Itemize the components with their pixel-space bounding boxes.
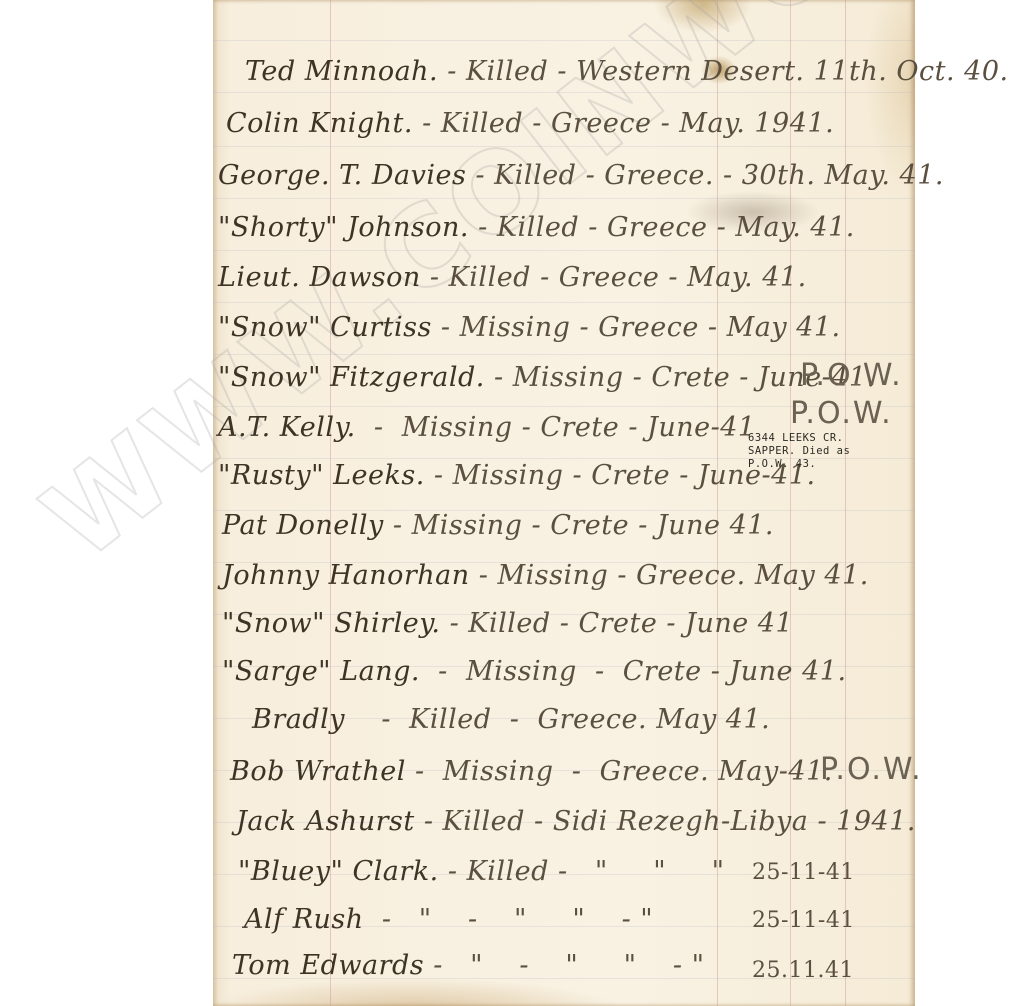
- entry-name: Ted Minnoah.: [245, 56, 438, 87]
- pow-mark: P.O.W.: [820, 752, 923, 787]
- entry-place: Greece: [559, 262, 660, 293]
- entry-date: 30th. May. 41.: [742, 160, 944, 191]
- entry-name: "Bluey" Clark.: [238, 856, 439, 887]
- column-rule: [845, 0, 846, 1006]
- ledger-entry: Colin Knight. - Killed - Greece - May. 1…: [226, 108, 834, 139]
- ledger-entry: Jack Ashurst - Killed - Sidi Rezegh-Liby…: [236, 806, 916, 837]
- ledger-entry: Ted Minnoah. - Killed - Western Desert. …: [245, 56, 1009, 87]
- entry-name: Pat Donelly: [222, 510, 384, 541]
- entry-date: May 41.: [656, 704, 770, 735]
- entry-status: Killed: [466, 56, 548, 87]
- entry-name: "Sarge" Lang.: [222, 656, 420, 687]
- ledger-entry: "Bluey" Clark. - Killed - " " ": [238, 856, 724, 887]
- entry-name: Bob Wrathel: [230, 756, 406, 787]
- entry-place: Greece.: [538, 704, 648, 735]
- entry-place: Crete: [550, 510, 629, 541]
- entry-place: " " - ": [565, 950, 704, 981]
- entry-status: Missing: [466, 656, 577, 687]
- entry-date: May. 1941.: [679, 108, 834, 139]
- entry-date-right: 25.11.41: [752, 958, 854, 983]
- entry-place: Sidi Rezegh-Libya: [553, 806, 809, 837]
- entry-status: Killed: [467, 856, 549, 887]
- entry-name: "Snow" Curtiss: [218, 312, 432, 343]
- entry-date: June-41: [647, 412, 756, 443]
- ruled-line: [213, 92, 915, 93]
- entry-status: Killed: [449, 262, 531, 293]
- entry-date-right: 25-11-41: [752, 860, 855, 885]
- ruled-line: [213, 354, 915, 355]
- entry-date: May. 41.: [687, 262, 807, 293]
- ledger-entry: "Rusty" Leeks. - Missing - Crete - June-…: [218, 460, 816, 491]
- entry-status: Missing: [497, 560, 608, 591]
- margin-annotation: 6344 LEEKS CR. SAPPER. Died as P.O.W. 43…: [748, 432, 850, 471]
- ledger-entry: Tom Edwards - " - " " - ": [232, 950, 705, 981]
- entry-place: Crete: [578, 608, 657, 639]
- entry-status: Missing: [460, 312, 571, 343]
- entry-place: Greece.: [600, 756, 710, 787]
- ledger-entry: "Snow" Shirley. - Killed - Crete - June …: [222, 608, 793, 639]
- ledger-entry: Pat Donelly - Missing - Crete - June 41.: [222, 510, 774, 541]
- ruled-line: [213, 198, 915, 199]
- ruled-line: [213, 40, 915, 41]
- ledger-entry: Bradly - Killed - Greece. May 41.: [252, 704, 770, 735]
- entry-date: May-41.: [718, 756, 833, 787]
- annotation-line: SAPPER. Died as: [748, 445, 850, 458]
- entry-place: Greece: [551, 108, 652, 139]
- entry-place: Greece.: [604, 160, 714, 191]
- entry-status: Missing: [412, 510, 523, 541]
- ruled-line: [213, 302, 915, 303]
- entry-name: "Rusty" Leeks.: [218, 460, 425, 491]
- pow-mark: P.O.W.: [800, 358, 903, 393]
- entry-name: A.T. Kelly.: [218, 412, 356, 443]
- entry-status: Killed: [441, 108, 523, 139]
- entry-place: Greece: [607, 212, 708, 243]
- entry-status: Missing: [443, 756, 554, 787]
- entry-place: Crete: [651, 362, 730, 393]
- entry-date: May 41.: [755, 560, 869, 591]
- entry-place: " " ": [577, 856, 725, 887]
- entry-date: June 41.: [729, 656, 846, 687]
- entry-status: Killed: [497, 212, 579, 243]
- pow-mark: P.O.W.: [790, 396, 893, 431]
- entry-date: June 41.: [657, 510, 774, 541]
- entry-status: Missing: [402, 412, 513, 443]
- entry-name: Jack Ashurst: [236, 806, 415, 837]
- entry-date: 1941.: [836, 806, 916, 837]
- entry-place: Greece.: [636, 560, 746, 591]
- entry-date: 11th. Oct. 40.: [814, 56, 1009, 87]
- ledger-entry: "Sarge" Lang. - Missing - Crete - June 4…: [222, 656, 847, 687]
- entry-name: Tom Edwards: [232, 950, 424, 981]
- entry-status: Killed: [468, 608, 550, 639]
- entry-name: George. T. Davies: [218, 160, 466, 191]
- entry-date: June 41: [685, 608, 793, 639]
- entry-status: Missing: [513, 362, 624, 393]
- ledger-entry: "Shorty" Johnson. - Killed - Greece - Ma…: [218, 212, 855, 243]
- entry-status: Killed: [409, 704, 491, 735]
- entry-name: "Snow" Shirley.: [222, 608, 440, 639]
- ledger-entry: Bob Wrathel - Missing - Greece. May-41.: [230, 756, 833, 787]
- entry-name: Lieut. Dawson: [218, 262, 421, 293]
- ledger-entry: George. T. Davies - Killed - Greece. - 3…: [218, 160, 944, 191]
- annotation-line: P.O.W. 43.: [748, 458, 850, 471]
- entry-status: Missing: [453, 460, 564, 491]
- entry-place: Crete: [591, 460, 670, 491]
- entry-place: Greece: [598, 312, 699, 343]
- column-rule: [790, 0, 791, 1006]
- entry-date: May. 41.: [735, 212, 855, 243]
- ledger-entry: "Snow" Fitzgerald. - Missing - Crete - J…: [218, 362, 876, 393]
- entry-name: "Snow" Fitzgerald.: [218, 362, 485, 393]
- entry-place: Western Desert.: [576, 56, 804, 87]
- entry-name: Johnny Hanorhan: [222, 560, 470, 591]
- entry-name: Alf Rush: [244, 904, 364, 935]
- entry-date: 25.11.41: [752, 958, 854, 983]
- entry-status: Killed: [494, 160, 576, 191]
- annotation-line: 6344 LEEKS CR.: [748, 432, 850, 445]
- entry-place: Crete: [623, 656, 702, 687]
- entry-place: " " - ": [514, 904, 653, 935]
- ledger-entry: Lieut. Dawson - Killed - Greece - May. 4…: [218, 262, 807, 293]
- entry-name: "Shorty" Johnson.: [218, 212, 469, 243]
- entry-status: ": [470, 950, 483, 981]
- entry-date: May 41.: [727, 312, 841, 343]
- entry-name: Colin Knight.: [226, 108, 413, 139]
- ledger-entry: "Snow" Curtiss - Missing - Greece - May …: [218, 312, 841, 343]
- entry-date: 25-11-41: [752, 908, 855, 933]
- ledger-entry: Alf Rush - " - " " - ": [244, 904, 653, 935]
- ledger-entry: A.T. Kelly. - Missing - Crete - June-41: [218, 412, 756, 443]
- ledger-entry: Johnny Hanorhan - Missing - Greece. May …: [222, 560, 869, 591]
- entry-status: ": [419, 904, 432, 935]
- entry-date-right: 25-11-41: [752, 908, 855, 933]
- entry-name: Bradly: [252, 704, 345, 735]
- entry-status: Killed: [443, 806, 525, 837]
- ruled-line: [213, 146, 915, 147]
- entry-place: Crete: [540, 412, 619, 443]
- ruled-line: [213, 250, 915, 251]
- entry-date: 25-11-41: [752, 860, 855, 885]
